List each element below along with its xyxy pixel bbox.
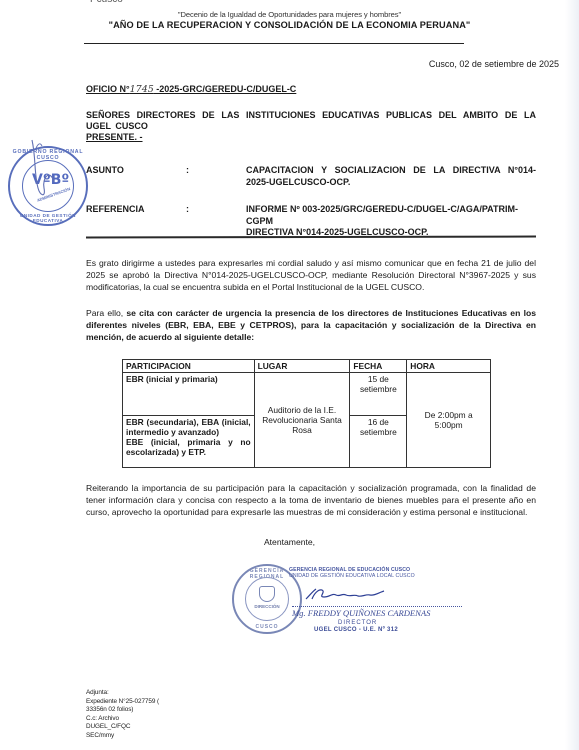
header-fecha: FECHA	[350, 360, 407, 373]
paragraph-citation: Para ello, se cita con carácter de urgen…	[86, 307, 536, 343]
presente-label: PRESENTE. -	[86, 132, 143, 142]
stamp-org-line-2: UNIDAD DE GESTIÓN EDUCATIVA LOCAL CUSCO	[289, 573, 461, 579]
director-seal-center: DIRECCIÓN	[234, 604, 300, 609]
decenio-motto: "Decenio de la Igualdad de Oportunidades…	[0, 10, 579, 19]
addressee: SEÑORES DIRECTORES DE LAS INSTITUCIONES …	[86, 110, 536, 132]
paragraph-closing: Reiterando la importancia de su particip…	[86, 482, 536, 518]
paragraph-intro: Es grato dirigirme a ustedes para expres…	[86, 257, 536, 293]
top-cutoff-fragment: Pcusco	[90, 0, 232, 5]
footnote-block: Adjunta: Expediente N°25-027759 ( 33356n…	[86, 689, 159, 741]
asunto-colon: :	[186, 165, 189, 177]
citation-lead: Para ello,	[86, 308, 126, 318]
footnote-line: SEC/mmy	[86, 732, 159, 741]
year-motto: "AÑO DE LA RECUPERACION Y CONSOLIDACIÓN …	[0, 20, 579, 30]
institution-stamp: GERENCIA REGIONAL DE EDUCACIÓN CUSCO UNI…	[289, 567, 461, 579]
footnote-line: Expediente N°25-027759 (	[86, 698, 159, 707]
vb-seal-ring-bottom: UNIDAD DE GESTIÓN EDUCATIVA	[10, 213, 86, 223]
footnote-line: C.c: Archivo	[86, 715, 159, 724]
hora-cell: De 2:00pm a 5:00pm	[407, 373, 491, 468]
signatory-unit: UGEL CUSCO - U.E. Nº 312	[314, 627, 398, 633]
header-hora: HORA	[407, 360, 491, 373]
citation-bold: se cita con carácter de urgencia la pres…	[86, 308, 536, 342]
oficio-number: OFICIO N°1745 -2025-GRC/GEREDU-C/DUGEL-C	[86, 84, 296, 95]
footnote-line: Adjunta:	[86, 689, 159, 698]
referencia-line-1: INFORME Nº 003-2025/GRC/GEREDU-C/DUGEL-C…	[246, 204, 536, 227]
footnote-line: 33356n 02 folios)	[86, 706, 159, 715]
signature-block: GERENCIA REGIONAL DIRECCIÓN CUSCO GERENC…	[226, 558, 458, 652]
referencia-colon: :	[186, 204, 189, 216]
oficio-prefix: OFICIO N°	[86, 84, 130, 94]
participacion-line: EBE (inicial, primaria y no escolarizada…	[126, 437, 251, 457]
initials-scrawl-icon	[24, 138, 64, 208]
participacion-cell: EBR (inicial y primaria)	[123, 373, 255, 416]
header-divider	[84, 43, 464, 44]
signatory-name: Mg. FREDDY QUIÑONES CARDENAS	[292, 608, 430, 618]
asunto-value: CAPACITACION Y SOCIALIZACION DE LA DIREC…	[246, 165, 536, 188]
header-participacion: PARTICIPACION	[123, 360, 255, 373]
director-seal-ring-bottom: CUSCO	[234, 624, 300, 630]
coat-of-arms-icon	[259, 586, 275, 602]
fecha-cell: 15 de setiembre	[350, 373, 407, 416]
lugar-cell: Auditorio de la I.E. Revolucionaria Sant…	[254, 373, 350, 468]
schedule-table: PARTICIPACION LUGAR FECHA HORA EBR (inic…	[122, 359, 491, 468]
oficio-suffix: -2025-GRC/GEREDU-C/DUGEL-C	[154, 84, 297, 94]
referencia-value: INFORME Nº 003-2025/GRC/GEREDU-C/DUGEL-C…	[246, 204, 536, 239]
referencia-label: REFERENCIA	[86, 204, 145, 216]
document-date: Cusco, 02 de setiembre de 2025	[429, 59, 559, 69]
table-header-row: PARTICIPACION LUGAR FECHA HORA	[123, 360, 491, 373]
vb-seal-stamp: GOBIERNO REGIONAL CUSCO VºBº ADMINISTRAC…	[8, 146, 88, 226]
participacion-cell: EBR (secundaria), EBA (inicial, intermed…	[123, 416, 255, 468]
table-row: EBR (inicial y primaria) Auditorio de la…	[123, 373, 491, 416]
header-lugar: LUGAR	[254, 360, 350, 373]
top-fragment-text: Pcusco	[90, 0, 123, 5]
scan-edge-shadow	[565, 0, 579, 750]
handwritten-signature-icon	[304, 585, 394, 603]
oficio-handwritten-number: 1745	[130, 84, 154, 95]
signature-dotted-line	[292, 606, 462, 607]
fecha-cell: 16 de setiembre	[350, 416, 407, 468]
footnote-line: DUGEL_C/FQC	[86, 723, 159, 732]
asunto-label: ASUNTO	[86, 165, 124, 177]
signatory-title: DIRECTOR	[338, 620, 377, 626]
closing-salutation: Atentamente,	[0, 537, 579, 547]
participacion-line: EBR (secundaria), EBA (inicial, intermed…	[126, 417, 251, 437]
